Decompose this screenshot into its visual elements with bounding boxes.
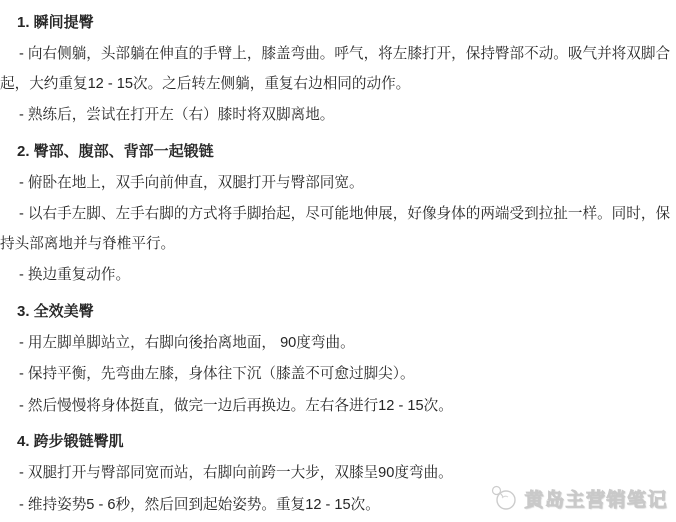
paragraph: - 用左脚单脚站立，右脚向後抬离地面， 90度弯曲。 xyxy=(0,329,676,359)
paragraph: - 换边重复动作。 xyxy=(0,261,676,291)
section-heading: 3. 全效美臀 xyxy=(0,297,676,326)
paragraph: - 俯卧在地上，双手向前伸直，双腿打开与臀部同宽。 xyxy=(0,169,676,199)
brand-logo-icon xyxy=(489,484,519,512)
paragraph: - 熟练后，尝试在打开左（右）膝时将双脚离地。 xyxy=(0,101,676,131)
section-heading: 1. 瞬间提臀 xyxy=(0,8,676,37)
section-heading: 2. 臀部、腹部、背部一起锻链 xyxy=(0,137,676,166)
section-heading: 4. 跨步锻链臀肌 xyxy=(0,427,676,456)
article-body: 1. 瞬间提臀 - 向右侧躺，头部躺在伸直的手臂上，膝盖弯曲。呼气，将左膝打开，… xyxy=(0,0,676,520)
watermark: 黄岛主营销笔记 xyxy=(489,484,668,512)
paragraph: - 以右手左脚、左手右脚的方式将手脚抬起，尽可能地伸展，好像身体的两端受到拉扯一… xyxy=(0,200,676,259)
paragraph: - 保持平衡，先弯曲左膝，身体往下沉（膝盖不可愈过脚尖）。 xyxy=(0,360,676,390)
watermark-text: 黄岛主营销笔记 xyxy=(524,485,668,512)
paragraph: - 然后慢慢将身体挺直，做完一边后再换边。左右各进行12 - 15次。 xyxy=(0,392,676,422)
paragraph: - 向右侧躺，头部躺在伸直的手臂上，膝盖弯曲。呼气，将左膝打开，保持臀部不动。吸… xyxy=(0,40,676,99)
